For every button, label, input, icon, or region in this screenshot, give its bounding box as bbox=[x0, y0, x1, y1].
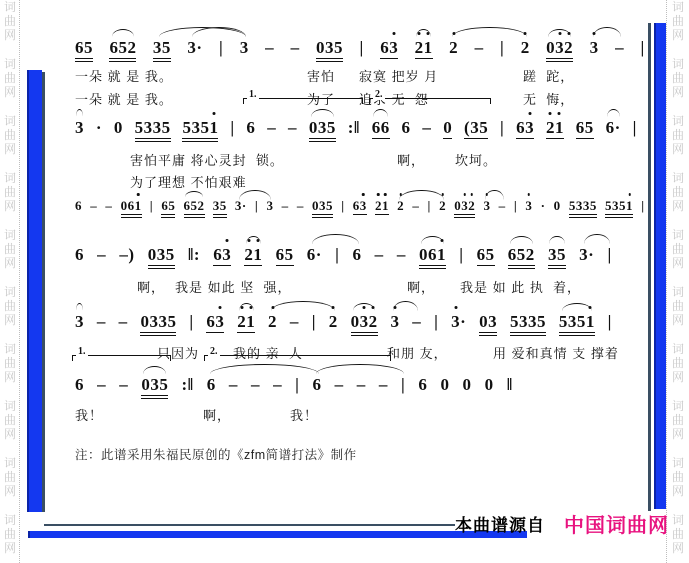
lyric-segment: 我！ bbox=[75, 405, 103, 424]
note-char: · bbox=[196, 38, 202, 58]
watermark-char: 网 bbox=[2, 484, 18, 498]
note-token: – bbox=[297, 198, 304, 214]
note-token: 65 bbox=[276, 245, 294, 266]
note-char: 6 bbox=[207, 375, 216, 395]
note-char: – bbox=[291, 38, 300, 58]
octave-dot bbox=[362, 193, 365, 196]
note-token: 5335 bbox=[569, 198, 597, 215]
lyric-segment: 寂寞 把岁 月 bbox=[359, 66, 438, 85]
note-char: – bbox=[475, 38, 484, 58]
note-char: 5 bbox=[220, 198, 227, 214]
barline: | bbox=[295, 375, 299, 395]
lyric-segment: 用 爱和真情 支 撑着 bbox=[493, 343, 619, 362]
note-char: 0 bbox=[141, 375, 150, 395]
octave-dot bbox=[137, 193, 140, 196]
watermark-group: 词曲网 bbox=[670, 228, 686, 270]
note-char: 5 bbox=[159, 375, 168, 395]
note-token: – bbox=[379, 375, 388, 395]
barline: | bbox=[607, 245, 611, 265]
note-char: 2 bbox=[468, 198, 475, 214]
note-token: 3 bbox=[590, 38, 599, 58]
note-token: 65 bbox=[576, 118, 594, 139]
score-system: 6––061|65652353·|3––035|63212–|20323–|3·… bbox=[75, 198, 645, 215]
watermark-char: 曲 bbox=[2, 527, 18, 541]
note-char: 3 bbox=[389, 38, 398, 58]
note-char: 5 bbox=[167, 312, 176, 332]
note-char: – bbox=[397, 245, 406, 265]
note-token: 3 bbox=[390, 312, 399, 332]
footer-site-link[interactable]: 中国词曲网 bbox=[564, 509, 669, 538]
note-token: – bbox=[273, 375, 282, 395]
note-char: 5 bbox=[510, 312, 519, 332]
slur-arc bbox=[562, 303, 592, 311]
note-token: 3 bbox=[525, 198, 532, 214]
lyric-line: 为了理想 不怕艰难 bbox=[75, 172, 637, 190]
page-guide-dotted-left bbox=[19, 0, 20, 563]
note-char: 3 bbox=[525, 198, 532, 214]
note-token: – bbox=[265, 38, 274, 58]
note-char: | bbox=[459, 245, 463, 265]
note-token: 21 bbox=[546, 118, 564, 139]
note-token: 63 bbox=[353, 198, 367, 215]
note-token: 2 bbox=[329, 312, 338, 332]
lyric-segment: 啊， bbox=[137, 277, 165, 296]
note-token: 061 bbox=[121, 198, 142, 215]
note-char: 0 bbox=[454, 198, 461, 214]
lyric-segment: 害怕平庸 将心灵封 锁。 bbox=[130, 150, 284, 169]
note-token: (35 bbox=[464, 118, 488, 139]
note-token: · bbox=[96, 118, 102, 138]
watermark-char: 曲 bbox=[2, 71, 18, 85]
note-token: – bbox=[282, 198, 289, 214]
watermark-group: 词曲网 bbox=[2, 342, 18, 384]
note-char: 3 bbox=[325, 38, 334, 58]
note-char: 2 bbox=[439, 198, 446, 214]
music-score: 65652353·|3––035|63212–|20323–|一朵 就 是 我。… bbox=[75, 0, 665, 563]
note-token: – bbox=[499, 198, 506, 214]
note-token: – bbox=[229, 375, 238, 395]
note-token: 3 bbox=[483, 198, 490, 214]
note-char: 5 bbox=[327, 118, 336, 138]
note-char: – bbox=[422, 118, 431, 138]
note-token: 652 bbox=[508, 245, 535, 266]
octave-dot bbox=[454, 306, 457, 309]
barline: :‖ bbox=[348, 118, 360, 138]
watermark-char: 词 bbox=[670, 228, 686, 242]
note-char: 5 bbox=[590, 198, 597, 214]
note-token: 652 bbox=[109, 38, 136, 59]
slur-arc bbox=[311, 109, 334, 117]
octave-dot bbox=[225, 239, 228, 242]
slur-arc bbox=[549, 236, 564, 244]
note-char: 5 bbox=[605, 198, 612, 214]
note-token: 035 bbox=[141, 375, 168, 396]
note-char: 2 bbox=[521, 38, 530, 58]
lyric-segment: 一朵 就 是 我。 bbox=[75, 89, 173, 108]
note-token: 0 bbox=[440, 375, 449, 395]
note-char: 2 bbox=[375, 198, 382, 214]
note-char: ‖ bbox=[354, 118, 360, 138]
note-char: 3 bbox=[390, 312, 399, 332]
note-char: | bbox=[341, 198, 344, 214]
watermark-char: 曲 bbox=[670, 71, 686, 85]
octave-dot bbox=[377, 193, 380, 196]
note-char: 5 bbox=[517, 245, 526, 265]
note-token: 3· bbox=[579, 245, 594, 265]
note-char: | bbox=[401, 375, 405, 395]
note-token: – bbox=[335, 375, 344, 395]
note-token: 21 bbox=[237, 312, 255, 333]
note-char: 3 bbox=[525, 118, 534, 138]
note-token: – bbox=[291, 38, 300, 58]
note-char: – bbox=[412, 312, 421, 332]
slur-arc bbox=[185, 191, 203, 197]
tie-arc bbox=[399, 190, 443, 200]
note-token: 21 bbox=[375, 198, 389, 215]
lyric-segment: 害怕 bbox=[307, 66, 335, 85]
volta-label: 1. bbox=[247, 90, 259, 100]
watermark-char: 词 bbox=[670, 171, 686, 185]
note-token: 35 bbox=[548, 245, 566, 266]
note-char: 5 bbox=[326, 198, 333, 214]
note-token: – bbox=[412, 198, 419, 214]
note-char: 3 bbox=[240, 38, 249, 58]
note-token: 35 bbox=[153, 38, 171, 59]
note-char: – bbox=[297, 198, 304, 214]
watermark-char: 词 bbox=[2, 513, 18, 527]
note-token: 6· bbox=[606, 118, 621, 138]
note-char: 5 bbox=[191, 198, 198, 214]
tie-arc bbox=[593, 27, 621, 37]
note-token: 63 bbox=[206, 312, 224, 333]
note-char: 3 bbox=[153, 118, 162, 138]
watermark-column-right: 词曲网词曲网词曲网词曲网词曲网词曲网词曲网词曲网词曲网词曲网 bbox=[670, 0, 686, 563]
note-char: 3 bbox=[483, 198, 490, 214]
note-char: | bbox=[295, 375, 299, 395]
note-char: 6 bbox=[75, 198, 82, 214]
note-char: – bbox=[265, 38, 274, 58]
watermark-char: 曲 bbox=[2, 413, 18, 427]
slur-arc bbox=[548, 29, 571, 37]
watermark-char: 曲 bbox=[670, 470, 686, 484]
slur-arc bbox=[112, 29, 135, 37]
watermark-char: 网 bbox=[670, 541, 686, 555]
note-token: 032 bbox=[351, 312, 378, 333]
note-char: 1 bbox=[586, 312, 595, 332]
note-char: 3 bbox=[360, 312, 369, 332]
note-token: 652 bbox=[184, 198, 205, 215]
note-token: 6 bbox=[353, 245, 362, 265]
lyric-segment: 和朋 友， bbox=[387, 343, 448, 362]
note-token: · bbox=[541, 198, 546, 214]
note-token: 21 bbox=[415, 38, 433, 59]
slur-arc bbox=[416, 29, 431, 37]
lyric-line: 害怕平庸 将心灵封 锁。啊，坎坷。 bbox=[75, 150, 637, 168]
lyric-segment: 蹉 跎， bbox=[523, 66, 574, 85]
note-char: – bbox=[379, 375, 388, 395]
watermark-char: 词 bbox=[2, 342, 18, 356]
lyric-segment: 坎坷。 bbox=[455, 150, 497, 169]
note-char: 3 bbox=[528, 312, 537, 332]
watermark-char: 网 bbox=[2, 142, 18, 156]
note-char: | bbox=[219, 38, 223, 58]
slur-arc bbox=[143, 366, 166, 374]
note-char: 3 bbox=[568, 312, 577, 332]
watermark-char: 词 bbox=[2, 114, 18, 128]
watermark-char: 词 bbox=[2, 399, 18, 413]
note-char: 3 bbox=[266, 198, 273, 214]
volta-bracket: 2. bbox=[369, 98, 491, 105]
note-token: – bbox=[357, 375, 366, 395]
note-token: – bbox=[615, 38, 624, 58]
watermark-char: 词 bbox=[670, 57, 686, 71]
slur-arc bbox=[421, 236, 444, 244]
note-token: 6· bbox=[307, 245, 322, 265]
octave-dot bbox=[528, 112, 531, 115]
note-char: 3 bbox=[150, 375, 159, 395]
note-char: 5 bbox=[84, 38, 93, 58]
note-token: – bbox=[119, 375, 128, 395]
watermark-char: 网 bbox=[2, 28, 18, 42]
note-char: 5 bbox=[559, 312, 568, 332]
slur-arc bbox=[76, 109, 84, 117]
note-token: 65 bbox=[161, 198, 175, 215]
note-char: 2 bbox=[526, 245, 535, 265]
note-char: 3 bbox=[153, 38, 162, 58]
note-char: 2 bbox=[237, 312, 246, 332]
octave-dot bbox=[464, 193, 467, 196]
lyric-line: 一朵 就 是 我。害怕寂寞 把岁 月蹉 跎， bbox=[75, 66, 645, 84]
octave-dot bbox=[212, 112, 215, 115]
page-border-slate-left bbox=[42, 72, 45, 512]
watermark-char: 曲 bbox=[670, 128, 686, 142]
note-char: – bbox=[119, 375, 128, 395]
note-char: : bbox=[194, 245, 200, 265]
music-line: 65652353·|3––035|63212–|20323–| bbox=[75, 38, 645, 60]
note-token: – bbox=[290, 312, 299, 332]
note-token: – bbox=[397, 245, 406, 265]
watermark-char: 曲 bbox=[670, 242, 686, 256]
note-token: 63 bbox=[516, 118, 534, 139]
note-char: 3 bbox=[590, 38, 599, 58]
note-char: · bbox=[541, 198, 546, 214]
slur-arc bbox=[353, 303, 376, 311]
note-token: 6 bbox=[207, 375, 216, 395]
barline: | bbox=[633, 118, 637, 138]
note-char: · bbox=[316, 245, 322, 265]
note-char: – bbox=[97, 375, 106, 395]
watermark-char: 网 bbox=[2, 199, 18, 213]
note-char: ‖ bbox=[188, 375, 194, 395]
note-char: 0 bbox=[463, 375, 472, 395]
note-char: 6 bbox=[307, 245, 316, 265]
watermark-group: 词曲网 bbox=[2, 57, 18, 99]
note-char: 6 bbox=[184, 198, 191, 214]
footer-source-label: 本曲谱源自 bbox=[455, 511, 545, 536]
note-char: – bbox=[105, 198, 112, 214]
note-char: 0 bbox=[479, 312, 488, 332]
note-char: 6 bbox=[109, 38, 118, 58]
note-char: 3 bbox=[519, 312, 528, 332]
note-char: | bbox=[608, 312, 612, 332]
watermark-column-left: 词曲网词曲网词曲网词曲网词曲网词曲网词曲网词曲网词曲网词曲网 bbox=[2, 0, 18, 563]
note-char: | bbox=[500, 118, 504, 138]
barline: | bbox=[189, 312, 193, 332]
note-token: 0 bbox=[443, 118, 452, 139]
watermark-group: 词曲网 bbox=[2, 171, 18, 213]
note-token: – bbox=[412, 312, 421, 332]
note-token: 63 bbox=[380, 38, 398, 59]
note-char: 3 bbox=[360, 198, 367, 214]
watermark-char: 网 bbox=[2, 256, 18, 270]
note-token: 6 bbox=[75, 198, 82, 214]
tie-arc bbox=[312, 234, 359, 244]
note-char: 1 bbox=[246, 312, 255, 332]
note-char: 3 bbox=[144, 118, 153, 138]
watermark-char: 曲 bbox=[670, 185, 686, 199]
slur-arc bbox=[510, 236, 533, 244]
note-char: – bbox=[282, 198, 289, 214]
note-char: 2 bbox=[244, 245, 253, 265]
watermark-char: 词 bbox=[2, 228, 18, 242]
note-token: 6 bbox=[75, 245, 84, 265]
tie-arc bbox=[271, 301, 335, 311]
note-token: 2 bbox=[449, 38, 458, 58]
note-char: 5 bbox=[557, 245, 566, 265]
note-token: 035 bbox=[148, 245, 175, 266]
note-char: 3 bbox=[612, 198, 619, 214]
note-char: 5 bbox=[166, 245, 175, 265]
tie-arc bbox=[192, 27, 246, 37]
watermark-char: 网 bbox=[2, 313, 18, 327]
note-char: ) bbox=[128, 245, 134, 265]
watermark-char: 词 bbox=[670, 513, 686, 527]
note-char: | bbox=[500, 38, 504, 58]
note-char: 1 bbox=[209, 118, 218, 138]
watermark-group: 词曲网 bbox=[2, 513, 18, 555]
note-char: – bbox=[97, 245, 106, 265]
watermark-char: 词 bbox=[670, 342, 686, 356]
watermark-group: 词曲网 bbox=[670, 285, 686, 327]
watermark-char: 网 bbox=[2, 541, 18, 555]
watermark-char: 网 bbox=[670, 370, 686, 384]
lyric-line: 我！啊，我！ bbox=[75, 405, 513, 423]
note-char: – bbox=[119, 245, 128, 265]
watermark-group: 词曲网 bbox=[670, 0, 686, 42]
note-char: | bbox=[335, 245, 339, 265]
watermark-char: 网 bbox=[670, 484, 686, 498]
note-char: 0 bbox=[485, 375, 494, 395]
note-char: 6 bbox=[372, 118, 381, 138]
note-token: –) bbox=[119, 245, 134, 265]
note-token: 3· bbox=[235, 198, 247, 214]
note-char: 5 bbox=[168, 198, 175, 214]
octave-dot bbox=[558, 112, 561, 115]
note-char: – bbox=[273, 375, 282, 395]
note-token: 5351 bbox=[559, 312, 595, 333]
note-token: – bbox=[97, 375, 106, 395]
note-char: 3 bbox=[555, 38, 564, 58]
volta-label: 2. bbox=[208, 347, 220, 357]
note-char: 0 bbox=[440, 375, 449, 395]
barline: | bbox=[219, 38, 223, 58]
note-char: 5 bbox=[569, 198, 576, 214]
note-char: 3 bbox=[583, 198, 590, 214]
watermark-group: 词曲网 bbox=[670, 57, 686, 99]
note-token: 35 bbox=[213, 198, 227, 215]
volta-bracket: 1. bbox=[72, 355, 171, 362]
note-token: 032 bbox=[546, 38, 573, 59]
note-char: 2 bbox=[564, 38, 573, 58]
note-token: 6 bbox=[418, 375, 427, 395]
note-char: | bbox=[230, 118, 234, 138]
watermark-char: 网 bbox=[2, 85, 18, 99]
watermark-char: 词 bbox=[2, 57, 18, 71]
note-char: 6 bbox=[75, 375, 84, 395]
watermark-char: 网 bbox=[670, 313, 686, 327]
watermark-char: 曲 bbox=[670, 527, 686, 541]
note-char: 6 bbox=[381, 118, 390, 138]
tie-arc bbox=[210, 364, 319, 374]
note-char: 5 bbox=[486, 245, 495, 265]
score-system: 3·053355351|6––035:‖666–0(35|6321656·|1.… bbox=[75, 118, 637, 140]
barline: | bbox=[401, 375, 405, 395]
note-token: 0 bbox=[554, 198, 561, 214]
note-char: 3 bbox=[158, 312, 167, 332]
note-char: 6 bbox=[161, 198, 168, 214]
barline: | bbox=[360, 38, 364, 58]
note-char: 1 bbox=[626, 198, 633, 214]
note-char: – bbox=[251, 375, 260, 395]
note-char: | bbox=[428, 198, 431, 214]
barline: | bbox=[459, 245, 463, 265]
barline: | bbox=[428, 198, 431, 214]
note-char: 3 bbox=[319, 198, 326, 214]
note-char: 0 bbox=[309, 118, 318, 138]
watermark-char: 词 bbox=[670, 285, 686, 299]
barline: | bbox=[230, 118, 234, 138]
note-char: | bbox=[312, 312, 316, 332]
note-char: 2 bbox=[397, 198, 404, 214]
note-char: | bbox=[360, 38, 364, 58]
music-line: 6––061|65652353·|3––035|63212–|20323–|3·… bbox=[75, 198, 645, 215]
tie-arc bbox=[393, 301, 418, 311]
note-char: – bbox=[290, 312, 299, 332]
volta-label: 2. bbox=[373, 90, 385, 100]
score-system: 6––035:‖6–––|6–––|6000‖1.2.我！啊，我！ bbox=[75, 375, 513, 397]
note-char: · bbox=[460, 312, 466, 332]
watermark-group: 词曲网 bbox=[670, 171, 686, 213]
note-token: 035 bbox=[309, 118, 336, 139]
watermark-char: 曲 bbox=[2, 356, 18, 370]
note-char: 0 bbox=[121, 198, 128, 214]
note-char: 5 bbox=[162, 118, 171, 138]
octave-dot bbox=[471, 193, 474, 196]
note-token: – bbox=[90, 198, 97, 214]
note-char: 0 bbox=[554, 198, 561, 214]
note-char: 2 bbox=[415, 38, 424, 58]
note-char: 6 bbox=[402, 118, 411, 138]
note-char: 1 bbox=[437, 245, 446, 265]
note-char: 0 bbox=[351, 312, 360, 332]
octave-dot bbox=[392, 32, 395, 35]
note-char: 3 bbox=[149, 312, 158, 332]
score-page: 词曲网词曲网词曲网词曲网词曲网词曲网词曲网词曲网词曲网词曲网 词曲网词曲网词曲网… bbox=[0, 0, 689, 563]
note-token: 66 bbox=[372, 118, 390, 139]
lyric-line: 啊，我是 如此 坚 强，啊，我是 如 此 执 着， bbox=[75, 277, 612, 295]
octave-dot bbox=[528, 193, 531, 196]
watermark-char: 曲 bbox=[2, 242, 18, 256]
